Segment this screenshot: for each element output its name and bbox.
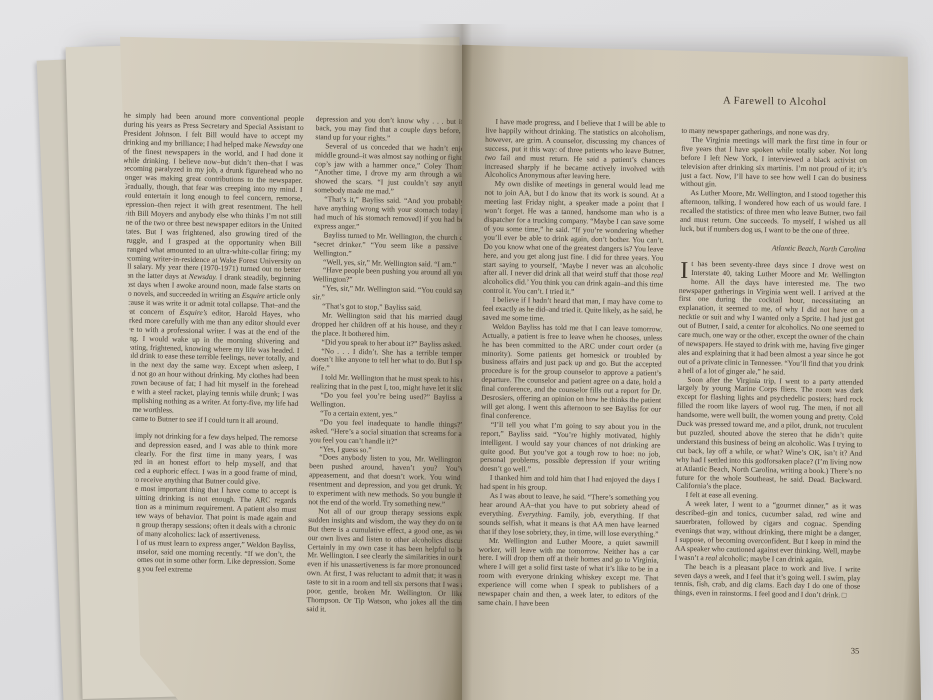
dateline: Atlantic Beach, North Carolina xyxy=(679,243,865,255)
magazine-photo: he simply had been around more conventio… xyxy=(0,0,933,700)
paragraph: I have made progress, and I believe that… xyxy=(485,118,666,183)
paragraph: The beach is a pleasant place to work an… xyxy=(674,562,861,601)
paragraph: The most important thing that I have com… xyxy=(116,485,297,542)
paragraph: Mr. Wellington and Luther Moore, a quiet… xyxy=(478,536,659,610)
right-page-column-2: to many newspaper gatherings, and none w… xyxy=(674,127,867,601)
left-page: he simply had been around more conventio… xyxy=(90,28,470,700)
paragraph: “All of us must learn to express anger,”… xyxy=(115,538,296,577)
paragraph: As Luther Moore, Mr. Wellington, and I s… xyxy=(680,189,867,236)
paragraph: A week later, I went to a “gourmet dinne… xyxy=(675,500,862,565)
paragraph: Weldon Bayliss has told me that I can le… xyxy=(481,323,663,424)
right-page-column-1: I have made progress, and I believe that… xyxy=(478,118,666,611)
drop-cap: I xyxy=(679,260,691,282)
paragraph: My own dislike of meetings in general wo… xyxy=(483,180,665,299)
right-page-content: A Farewell to Alcohol I have made progre… xyxy=(452,29,922,700)
paragraph: “I’ll tell you what I’m going to say abo… xyxy=(480,421,661,477)
page-number-right: 35 xyxy=(673,643,859,656)
paragraph: I came to Butner to see if I could turn … xyxy=(118,414,298,426)
left-page-column-1: he simply had been around more conventio… xyxy=(115,112,304,578)
paragraph: It has been seventy-three days since I d… xyxy=(678,260,866,379)
paragraph: Simply not drinking for a few days helpe… xyxy=(117,431,298,488)
paragraph: he simply had been around more conventio… xyxy=(118,112,304,418)
running-header: A Farewell to Alcohol xyxy=(682,95,868,109)
right-page: A Farewell to Alcohol I have made progre… xyxy=(462,30,922,700)
paragraph: I believe if I hadn’t heard that man, I … xyxy=(482,296,662,326)
paragraph: Soon after the Virginia trip, I went to … xyxy=(676,375,864,494)
paragraph: The Virginia meetings will mark the firs… xyxy=(680,136,867,192)
paragraph: Not all of our group therapy sessions ex… xyxy=(306,507,488,617)
paragraph: As I was about to leave, he said. “There… xyxy=(479,492,660,539)
